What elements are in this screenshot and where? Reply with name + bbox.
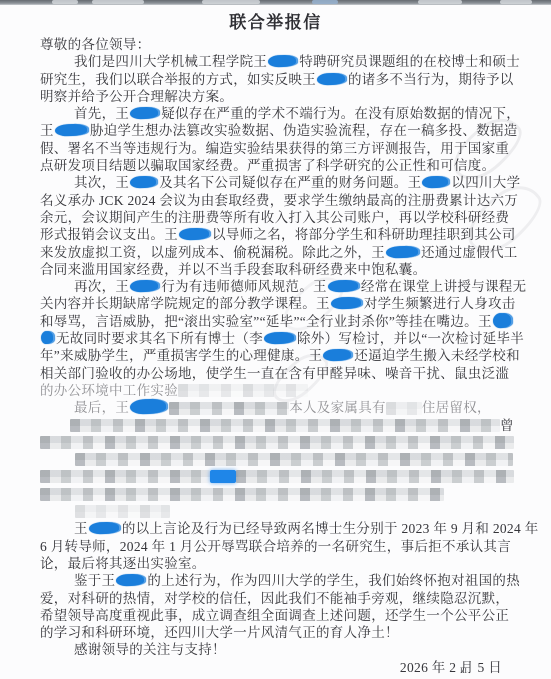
document-line: 6 月转导师，2024 年 1 月公开辱骂联合培养的一名研究生，事后拒不承认其言 xyxy=(40,538,510,555)
scan-artifact xyxy=(312,0,338,4)
document-line: 和辱骂，言语威胁，把“滚出实验室”“延毕”“全行业封杀你”等挂在嘴边。王 xyxy=(40,313,510,330)
text-run: 首先，王 xyxy=(74,106,129,121)
text-run: 住居留权， xyxy=(422,400,491,415)
scanned-letter-page: 联合举报信 尊敬的各位领导：我们是四川大学机械工程学院王特聘研究员课题组的在校博… xyxy=(0,0,551,679)
text-run: 的以上言论及行为已经导致两名博士生分别于 2023 年 9 月和 2024 年 xyxy=(122,521,539,536)
document-line: 年”来威胁学生，严重损害学生的心理健康。王还逼迫学生搬入未经学校和 xyxy=(40,347,510,364)
closing-thanks: 感谢领导的关注与支持！ xyxy=(40,641,510,658)
document-line: 论，最后将其逐出实验室。 xyxy=(40,555,510,572)
page-number: III xyxy=(460,666,467,675)
text-run: 年”来威胁学生，严重损害学生的心理健康。王 xyxy=(40,348,322,363)
text-run: 王 xyxy=(40,123,54,138)
document-line xyxy=(40,503,510,520)
document-line: 形式报销会议支出。王以导师之名，将部分学生和科研助理挂职到其公司 xyxy=(40,226,510,243)
text-run: 研究生，我们以联合举报的方式，如实反映王 xyxy=(40,72,316,87)
censor-scribble xyxy=(130,280,160,293)
document-line: 我们是四川大学机械工程学院王特聘研究员课题组的在校博士和硕士 xyxy=(40,53,510,70)
text-run: 来发放虚拟工资，以虚列成本、偷税漏税。除此之外，王 xyxy=(40,245,385,260)
mosaic-redaction xyxy=(75,453,513,466)
document-line: 最后，王本人及家属具有住居留权， xyxy=(40,399,510,416)
date-line: 2026 年 2 月 5 日 xyxy=(40,659,510,676)
censor-scribble xyxy=(386,245,420,258)
censor-scribble xyxy=(264,332,296,345)
text-run: 6 月转导师，2024 年 1 月公开辱骂联合培养的一名研究生，事后拒不承认其言 xyxy=(40,539,511,554)
censor-scribble xyxy=(331,297,363,310)
text-run: 王 xyxy=(74,521,88,536)
scan-artifact xyxy=(202,0,260,4)
document-line: 来发放虚拟工资，以虚列成本、偷税漏税。除此之外，王还通过虚假代工 xyxy=(40,244,510,261)
text-run: 的上述行为，作为四川大学的学生，我们始终怀抱对祖国的热 xyxy=(147,573,520,588)
text-run: 明察并给予公开合理解决方案。 xyxy=(40,89,233,104)
text-run: 和辱骂，言语威胁，把“滚出实验室”“延毕”“全行业封杀你”等挂在嘴边。王 xyxy=(40,314,492,329)
mosaic-redaction xyxy=(40,436,514,449)
text-run: 再次，王 xyxy=(74,279,129,294)
text-run: 经常在课堂上讲授与课程无 xyxy=(361,279,527,294)
document-line: 余元，会议期间产生的注册费等所有收入打入其公司账户，再以学校科研经费 xyxy=(40,209,510,226)
document-line: 明察并给予公开合理解决方案。 xyxy=(40,88,510,105)
censor-scribble xyxy=(493,312,513,328)
censor-scribble xyxy=(130,107,160,120)
text-run: 希望领导高度重视此事，成立调查组全面调查上述问题，还学生一个公平公正 xyxy=(40,608,509,623)
document-line: 名义承办 JCK 2024 会议为由套取经费，要求学生缴纳最高的注册费累计达六万 xyxy=(40,192,510,209)
scan-top-edge xyxy=(0,0,551,5)
scan-artifact xyxy=(52,0,78,4)
censor-scribble xyxy=(130,399,168,415)
text-run: 无故同时要求其名下所有博士（李 xyxy=(56,331,263,346)
text-run: 其次，王 xyxy=(74,175,129,190)
text-run: 及其名下公司疑似存在严重的财务问题。王 xyxy=(159,175,421,190)
text-run: 点研发项目结题以骗取国家经费。严重损害了科学研究的公正性和可信度。 xyxy=(40,158,495,173)
mosaic-redaction-light xyxy=(75,505,170,518)
text-run: 论，最后将其逐出实验室。 xyxy=(40,556,206,571)
scan-artifact xyxy=(418,0,462,4)
censor-dot xyxy=(210,470,236,483)
document-line: 首先，王疑似存在严重的学术不端行为。在没有原始数据的情况下， xyxy=(40,105,510,122)
text-run: 名义承办 JCK 2024 会议为由套取经费，要求学生缴纳最高的注册费累计达六万 xyxy=(40,193,518,208)
censor-scribble xyxy=(328,280,360,293)
spacer xyxy=(40,515,75,516)
censor-scribble xyxy=(55,124,89,137)
document-line xyxy=(40,451,510,468)
document-line: 王的以上言论及行为已经导致两名博士生分别于 2023 年 9 月和 2024 年 xyxy=(40,520,510,537)
text-run: 2026 年 2 月 5 日 xyxy=(400,660,502,675)
document-line: 的办公环境中工作实验 xyxy=(40,382,510,399)
spacer xyxy=(40,429,70,430)
censor-scribble xyxy=(130,176,158,189)
text-run: 尊敬的各位领导： xyxy=(40,37,150,52)
document-line xyxy=(40,434,510,451)
text-run: 的办公环境中工作实验 xyxy=(40,383,178,398)
censor-scribble xyxy=(323,349,353,362)
text-run: 形式报销会议支出。王 xyxy=(40,227,178,242)
document-line: 爱，对科研的热情，对学校的信任，因此我们不能袖手旁观，继续隐忍沉默， xyxy=(40,590,510,607)
text-run: 相关部门验收的办公场地，使学生一直在含有甲醛异味、噪音干扰、鼠虫泛滥 xyxy=(40,366,509,381)
document-line: 再次，王行为有违师德师风规范。王经常在课堂上讲授与课程无 xyxy=(40,278,510,295)
letter-body: 尊敬的各位领导：我们是四川大学机械工程学院王特聘研究员课题组的在校博士和硕士研究… xyxy=(0,36,551,676)
document-line: 鉴于王的上述行为，作为四川大学的学生，我们始终怀抱对祖国的热 xyxy=(40,572,510,589)
text-run: 余元，会议期间产生的注册费等所有收入打入其公司账户，再以学校科研经费 xyxy=(40,210,509,225)
mosaic-redaction xyxy=(40,470,210,483)
text-run: 特聘研究员课题组的在校博士和硕士 xyxy=(299,54,520,69)
censor-scribble xyxy=(179,228,211,241)
text-run: 除外）写检讨，并以“一次检讨延毕半 xyxy=(297,331,524,346)
salutation: 尊敬的各位领导： xyxy=(40,36,510,53)
text-run: 还逼迫学生搬入未经学校和 xyxy=(354,348,520,363)
text-run: 胁迫学生想办法篡改实验数据、伪造实验流程，存在一稿多投、数据造 xyxy=(90,123,518,138)
mosaic-redaction xyxy=(40,488,444,501)
document-line: 合同来滥用国家经费，并以不当手段套取科研经费来中饱私囊。 xyxy=(40,261,510,278)
mosaic-redaction xyxy=(70,419,500,432)
text-run: 我们是四川大学机械工程学院王 xyxy=(74,54,267,69)
censor-scribble xyxy=(89,522,121,535)
mosaic-redaction xyxy=(169,402,289,415)
text-run: 爱，对科研的热情，对学校的信任，因此我们不能袖手旁观，继续隐忍沉默， xyxy=(40,591,509,606)
text-run: 合同来滥用国家经费，并以不当手段套取科研经费来中饱私囊。 xyxy=(40,262,426,277)
document-line: 希望领导高度重视此事，成立调查组全面调查上述问题，还学生一个公平公正 xyxy=(40,607,510,624)
censor-scribble xyxy=(41,331,55,344)
censor-scribble xyxy=(317,72,347,85)
document-line: 点研发项目结题以骗取国家经费。严重损害了科学研究的公正性和可信度。 xyxy=(40,157,510,174)
text-run: 的学习和科研环境，还四川大学一片风清气正的育人净土！ xyxy=(40,625,399,640)
text-run: 的诸多不当行为，期待予以 xyxy=(348,72,514,87)
censor-scribble xyxy=(116,574,146,587)
text-run: 最后，王 xyxy=(74,400,129,415)
document-line: 假、署名不当等违规行为。编造实验结果获得的第三方评测报告，用于国家重 xyxy=(40,140,510,157)
document-line: 曾 xyxy=(40,417,510,434)
spacer xyxy=(40,463,75,464)
document-line xyxy=(40,468,510,485)
document-line: 其次，王及其名下公司疑似存在严重的财务问题。王以四川大学 xyxy=(40,174,510,191)
mosaic-redaction-light xyxy=(178,384,308,397)
mosaic-redaction xyxy=(236,470,514,483)
document-line: 王胁迫学生想办法篡改实验数据、伪造实验流程，存在一稿多投、数据造 xyxy=(40,122,510,139)
scan-artifact xyxy=(500,0,532,4)
document-line: 关内容并长期缺席学院规定的部分教学课程。王对学生频繁进行人身攻击 xyxy=(40,295,510,312)
page-title: 联合举报信 xyxy=(0,8,551,33)
text-run: 疑似存在严重的学术不端行为。在没有原始数据的情况下， xyxy=(161,106,520,121)
scan-artifact xyxy=(92,0,144,4)
document-line: 研究生，我们以联合举报的方式，如实反映王的诸多不当行为，期待予以 xyxy=(40,71,510,88)
text-run: 本人及家属具有 xyxy=(289,400,386,415)
document-line: 相关部门验收的办公场地，使学生一直在含有甲醛异味、噪音干扰、鼠虫泛滥 xyxy=(40,365,510,382)
text-run: 对学生频繁进行人身攻击 xyxy=(364,296,516,311)
document-line: 的学习和科研环境，还四川大学一片风清气正的育人净土！ xyxy=(40,624,510,641)
censor-scribble xyxy=(268,55,298,68)
text-run: 鉴于王 xyxy=(74,573,115,588)
censor-scribble xyxy=(422,176,450,189)
mosaic-redaction-light xyxy=(386,402,422,415)
text-run: 感谢领导的关注与支持！ xyxy=(74,642,226,657)
document-line xyxy=(40,486,510,503)
document-line: 无故同时要求其名下所有博士（李除外）写检讨，并以“一次检讨延毕半 xyxy=(40,330,510,347)
text-run: 假、署名不当等违规行为。编造实验结果获得的第三方评测报告，用于国家重 xyxy=(40,141,509,156)
text-run: 曾 xyxy=(500,418,514,433)
